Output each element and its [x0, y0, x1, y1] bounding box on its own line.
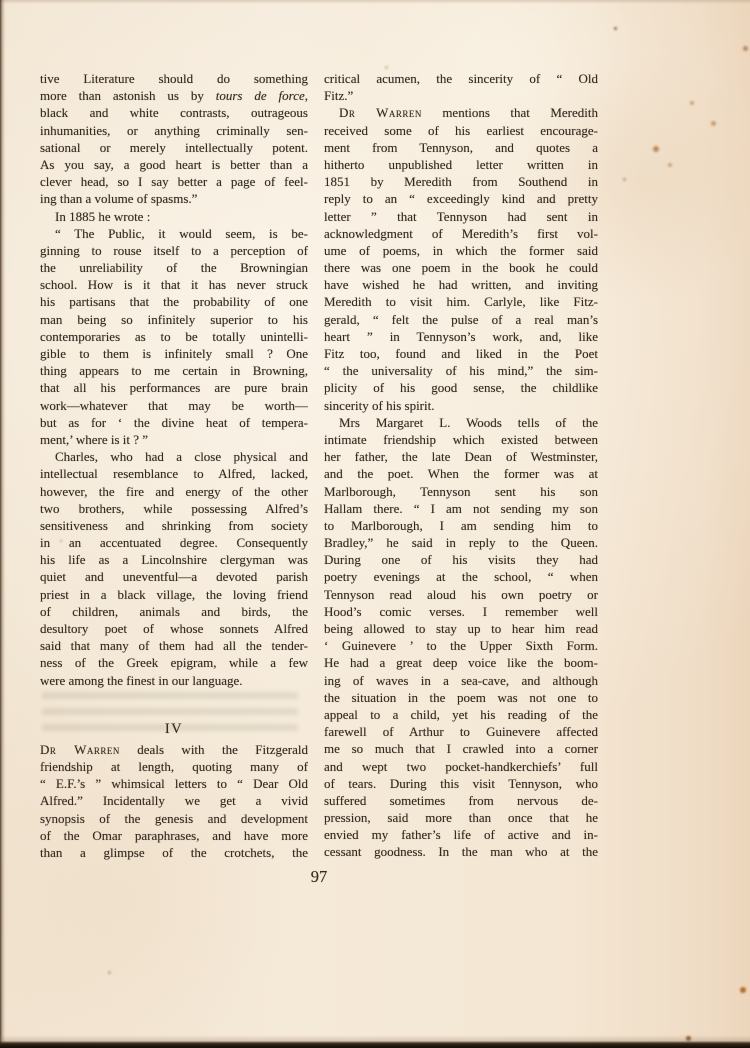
text-line: envied my father’s life of active and in…: [324, 826, 598, 843]
paragraph: Dr Warren mentions that Meredithreceived…: [324, 104, 598, 413]
text-line: thing appears to me certain in Browning,: [40, 362, 308, 379]
text-line: “ The Public, it would seem, is be-: [40, 225, 308, 242]
text-line: ume of poems, in which the former said: [324, 242, 598, 259]
text-segment: that all his performances are pure brain: [40, 380, 308, 395]
text-line: his partisans that the probability of on…: [40, 293, 308, 310]
text-line: of the Omar paraphrases, and have more: [40, 827, 308, 844]
text-segment: Alfred.” Incidentally we get a vivid: [40, 793, 308, 808]
text-line: pression, said more than once that he: [324, 809, 598, 826]
text-line: Hood’s comic verses. I remember well: [324, 603, 598, 620]
text-segment: reply to an “ exceedingly kind and prett…: [324, 191, 598, 206]
text-line: the situation in the poem was not one to: [324, 689, 598, 706]
text-segment: Mrs Margaret L. Woods tells of the: [339, 415, 598, 430]
text-segment: In 1885 he wrote :: [55, 209, 150, 224]
text-column-right: critical acumen, the sincerity of “ OldF…: [324, 70, 598, 861]
text-segment: Dr Warren: [40, 742, 120, 757]
text-segment: and wept two pocket-handkerchiefs’ full: [324, 759, 598, 774]
text-segment: Meredith to visit him. Carlyle, like Fit…: [324, 294, 598, 309]
text-line: ing than a volume of spasms.”: [40, 190, 308, 207]
foxing-spot: [711, 121, 716, 126]
text-line: acknowledgment of Meredith’s first vol-: [324, 225, 598, 242]
text-line: ‘ Guinevere ’ to the Upper Sixth Form.: [324, 637, 598, 654]
text-segment: Tennyson read aloud his own poetry or: [324, 587, 598, 602]
text-segment: plicity of his good sense, the childlike: [324, 380, 598, 395]
text-segment: deals with the Fitzgerald: [120, 742, 308, 757]
text-segment: 1851 by Meredith from Southend in: [324, 174, 598, 189]
foxing-spot: [743, 46, 748, 51]
text-segment: were among the finest in our language.: [40, 673, 243, 688]
text-segment: During one of his visits they had: [324, 552, 598, 567]
text-segment: contemporaries as to be totally unintell…: [40, 329, 308, 344]
text-line: He had a great deep voice like the boom-: [324, 654, 598, 671]
text-line: “ the universality of his mind,” the sim…: [324, 362, 598, 379]
text-line: priest in a black village, the loving fr…: [40, 586, 308, 603]
text-segment: sensitiveness and shrinking from society: [40, 518, 308, 533]
text-segment: “ The Public, it would seem, is be-: [55, 226, 308, 241]
page-bottom-edge: [0, 1041, 750, 1048]
text-line: that all his performances are pure brain: [40, 379, 308, 396]
text-line: friendship at length, quoting many of: [40, 758, 308, 775]
text-line: Mrs Margaret L. Woods tells of the: [324, 414, 598, 431]
text-segment: ,: [305, 88, 308, 103]
text-segment: Hood’s comic verses. I remember well: [324, 604, 598, 619]
text-line: As you say, a good heart is better than …: [40, 156, 308, 173]
text-line: During one of his visits they had: [324, 551, 598, 568]
text-line: Bradley,” he said in reply to the Queen.: [324, 534, 598, 551]
text-line: sincerity of his spirit.: [324, 397, 598, 414]
text-segment: letter ” that Tennyson had sent in: [324, 209, 598, 224]
foxing-spot: [690, 101, 694, 105]
text-segment: synopsis of the genesis and development: [40, 811, 308, 826]
text-line: “ E.F.’s ” whimsical letters to “ Dear O…: [40, 775, 308, 792]
text-line: Hallam there. “ I am not sending my son: [324, 500, 598, 517]
text-segment: “ E.F.’s ” whimsical letters to “ Dear O…: [40, 776, 308, 791]
text-segment: quiet and uneventful—a devoted parish: [40, 569, 308, 584]
text-line: desultory poet of whose sonnets Alfred: [40, 620, 308, 637]
text-line: Alfred.” Incidentally we get a vivid: [40, 792, 308, 809]
text-segment: more than astonish us by: [40, 88, 216, 103]
paragraph: In 1885 he wrote :: [40, 208, 308, 225]
text-segment: intimate friendship which existed betwee…: [324, 432, 598, 447]
text-line: suffered sometimes from nervous de-: [324, 792, 598, 809]
text-segment: of tears. During this visit Tennyson, wh…: [324, 776, 598, 791]
text-segment: of the Omar paraphrases, and have more: [40, 828, 308, 843]
text-line: his life as a Lincolnshire clergyman was: [40, 551, 308, 568]
text-segment: however, the fire and energy of the othe…: [40, 484, 308, 499]
text-segment: suffered sometimes from nervous de-: [324, 793, 598, 808]
text-segment: Fitz.”: [324, 88, 353, 103]
book-gutter-edge: [0, 0, 6, 1048]
text-line: sational or merely intellectually potent…: [40, 139, 308, 156]
paragraph: Mrs Margaret L. Woods tells of theintima…: [324, 414, 598, 861]
text-segment: poetry evenings at the school, “ when: [324, 569, 598, 584]
text-line: man being so infinitely superior to his: [40, 311, 308, 328]
text-segment: ume of poems, in which the former said: [324, 243, 598, 258]
text-segment: black and white contrasts, outrageous: [40, 105, 308, 120]
text-segment: there was one poem in the book he could: [324, 260, 598, 275]
text-segment: received some of his earliest encourage-: [324, 123, 598, 138]
text-line: gerald, “ felt the pulse of a real man’s: [324, 311, 598, 328]
text-segment: inhumanities, or anything criminally sen…: [40, 123, 308, 138]
text-segment: Fitz too, found and liked in the Poet: [324, 346, 598, 361]
text-segment: ment from Tennyson, and quotes a: [324, 140, 598, 155]
text-line: ment from Tennyson, and quotes a: [324, 139, 598, 156]
text-line: clever head, so I say better a page of f…: [40, 173, 308, 190]
text-line: being allowed to stay up to hear him rea…: [324, 620, 598, 637]
text-segment: ness of the Greek epigram, while a few: [40, 655, 308, 670]
text-segment: said that many of them had all the tende…: [40, 638, 308, 653]
foxing-spot: [614, 27, 617, 30]
text-segment: He had a great deep voice like the boom-: [324, 655, 598, 670]
paragraph: tive Literature should do somethingmore …: [40, 70, 308, 208]
text-line: said that many of them had all the tende…: [40, 637, 308, 654]
text-line: in an accentuated degree. Consequently: [40, 534, 308, 551]
paragraph: Dr Warren deals with the Fitzgeraldfrien…: [40, 741, 308, 861]
text-line: of children, animals and birds, the: [40, 603, 308, 620]
text-line: Marlborough, Tennyson sent his son: [324, 483, 598, 500]
text-line: tive Literature should do something: [40, 70, 308, 87]
text-segment: hitherto unpublished letter written in: [324, 157, 598, 172]
text-segment: appeal to a child, yet his reading of th…: [324, 707, 598, 722]
text-line: work—whatever that may be worth—: [40, 397, 308, 414]
paragraph: Charles, who had a close physical andint…: [40, 448, 308, 689]
text-column-left: tive Literature should do somethingmore …: [40, 70, 308, 861]
text-segment: priest in a black village, the loving fr…: [40, 587, 308, 602]
text-line: Tennyson read aloud his own poetry or: [324, 586, 598, 603]
paragraph: “ The Public, it would seem, is be-ginni…: [40, 225, 308, 448]
text-segment: her father, the late Dean of Westminster…: [324, 449, 598, 464]
text-segment: Hallam there. “ I am not sending my son: [324, 501, 598, 516]
text-line: have wished he had written, and inviting: [324, 276, 598, 293]
page-number: 97: [40, 867, 598, 887]
text-line: however, the fire and energy of the othe…: [40, 483, 308, 500]
text-line: intellectual resemblance to Alfred, lack…: [40, 465, 308, 482]
text-line: In 1885 he wrote :: [40, 208, 308, 225]
text-segment: “ the universality of his mind,” the sim…: [324, 363, 598, 378]
text-line: Fitz.”: [324, 87, 598, 104]
paragraph: critical acumen, the sincerity of “ OldF…: [324, 70, 598, 104]
text-line: me so much that I crawled into a corner: [324, 740, 598, 757]
text-line: heart ” in Tennyson’s work, and, like: [324, 328, 598, 345]
text-line: black and white contrasts, outrageous: [40, 104, 308, 121]
text-segment: critical acumen, the sincerity of “ Old: [324, 71, 598, 86]
text-line: contemporaries as to be totally unintell…: [40, 328, 308, 345]
text-line: Dr Warren mentions that Meredith: [324, 104, 598, 121]
text-line: hitherto unpublished letter written in: [324, 156, 598, 173]
text-line: appeal to a child, yet his reading of th…: [324, 706, 598, 723]
text-line: cessant goodness. In the man who at the: [324, 843, 598, 860]
foxing-spot: [740, 987, 746, 993]
text-segment: envied my father’s life of active and in…: [324, 827, 598, 842]
book-page: tive Literature should do somethingmore …: [0, 0, 750, 1048]
text-segment: desultory poet of whose sonnets Alfred: [40, 621, 308, 636]
text-segment: As you say, a good heart is better than …: [40, 157, 308, 172]
text-line: Charles, who had a close physical and: [40, 448, 308, 465]
foxing-spot: [60, 540, 62, 542]
text-segment: me so much that I crawled into a corner: [324, 741, 598, 756]
text-segment: the unreliability of the Browningian: [40, 260, 308, 275]
text-segment: man being so infinitely superior to his: [40, 312, 308, 327]
text-segment: gerald, “ felt the pulse of a real man’s: [324, 312, 598, 327]
text-segment: Charles, who had a close physical and: [55, 449, 308, 464]
text-segment: work—whatever that may be worth—: [40, 398, 308, 413]
text-segment: ‘ Guinevere ’ to the Upper Sixth Form.: [324, 638, 598, 653]
text-segment: sational or merely intellectually potent…: [40, 140, 308, 155]
text-segment: but as for ‘ the divine heat of tempera-: [40, 415, 308, 430]
text-segment: heart ” in Tennyson’s work, and, like: [324, 329, 598, 344]
text-segment: being allowed to stay up to hear him rea…: [324, 621, 598, 636]
text-line: letter ” that Tennyson had sent in: [324, 208, 598, 225]
text-segment: tours de force: [216, 88, 305, 103]
text-segment: intellectual resemblance to Alfred, lack…: [40, 466, 308, 481]
page-top-edge-shadow: [0, 0, 750, 4]
text-line: ing of waves in a sea-cave, and although: [324, 672, 598, 689]
text-line: quiet and uneventful—a devoted parish: [40, 568, 308, 585]
text-line: Meredith to visit him. Carlyle, like Fit…: [324, 293, 598, 310]
text-line: received some of his earliest encourage-: [324, 122, 598, 139]
text-line: critical acumen, the sincerity of “ Old: [324, 70, 598, 87]
text-segment: ment,’ where is it ? ”: [40, 432, 148, 447]
text-line: Dr Warren deals with the Fitzgerald: [40, 741, 308, 758]
foxing-spot: [385, 66, 388, 69]
text-segment: two brothers, while possessing Alfred’s: [40, 501, 308, 516]
text-segment: acknowledgment of Meredith’s first vol-: [324, 226, 598, 241]
text-line: ginning to rouse itself to a perception …: [40, 242, 308, 259]
text-segment: in an accentuated degree. Consequently: [40, 535, 308, 550]
text-line: 1851 by Meredith from Southend in: [324, 173, 598, 190]
text-segment: his life as a Lincolnshire clergyman was: [40, 552, 308, 567]
text-line: farewell of Arthur to Guinevere affected: [324, 723, 598, 740]
text-line: of tears. During this visit Tennyson, wh…: [324, 775, 598, 792]
text-segment: clever head, so I say better a page of f…: [40, 174, 308, 189]
text-segment: of children, animals and birds, the: [40, 604, 308, 619]
text-segment: mentions that Meredith: [422, 105, 598, 120]
text-segment: his partisans that the probability of on…: [40, 294, 308, 309]
text-segment: cessant goodness. In the man who at the: [324, 844, 598, 859]
text-segment: Marlborough, Tennyson sent his son: [324, 484, 598, 499]
text-line: inhumanities, or anything criminally sen…: [40, 122, 308, 139]
foxing-spot: [653, 146, 659, 152]
text-line: two brothers, while possessing Alfred’s: [40, 500, 308, 517]
text-line: reply to an “ exceedingly kind and prett…: [324, 190, 598, 207]
text-line: more than astonish us by tours de force,: [40, 87, 308, 104]
section-heading: IV: [40, 717, 308, 741]
text-segment: friendship at length, quoting many of: [40, 759, 308, 774]
text-line: ness of the Greek epigram, while a few: [40, 654, 308, 671]
text-line: there was one poem in the book he could: [324, 259, 598, 276]
text-segment: ing of waves in a sea-cave, and although: [324, 673, 598, 688]
text-segment: thing appears to me certain in Browning,: [40, 363, 308, 378]
text-line: intimate friendship which existed betwee…: [324, 431, 598, 448]
text-segment: pression, said more than once that he: [324, 810, 598, 825]
text-segment: Bradley,” he said in reply to the Queen.: [324, 535, 598, 550]
text-line: the unreliability of the Browningian: [40, 259, 308, 276]
text-line: to Marlborough, I am sending him to: [324, 517, 598, 534]
text-segment: farewell of Arthur to Guinevere affected: [324, 724, 598, 739]
foxing-spot: [108, 971, 111, 974]
text-segment: the situation in the poem was not one to: [324, 690, 598, 705]
text-segment: to Marlborough, I am sending him to: [324, 518, 598, 533]
text-line: poetry evenings at the school, “ when: [324, 568, 598, 585]
text-line: her father, the late Dean of Westminster…: [324, 448, 598, 465]
text-segment: and the poet. When the former was at: [324, 466, 598, 481]
text-line: synopsis of the genesis and development: [40, 810, 308, 827]
text-segment: tive Literature should do something: [40, 71, 308, 86]
text-line: than a glimpse of the crotchets, the: [40, 844, 308, 861]
text-line: and wept two pocket-handkerchiefs’ full: [324, 758, 598, 775]
text-segment: ing than a volume of spasms.”: [40, 191, 197, 206]
text-line: were among the finest in our language.: [40, 672, 308, 689]
text-line: and the poet. When the former was at: [324, 465, 598, 482]
text-segment: have wished he had written, and inviting: [324, 277, 598, 292]
text-line: sensitiveness and shrinking from society: [40, 517, 308, 534]
text-segment: Dr Warren: [339, 105, 422, 120]
text-line: ment,’ where is it ? ”: [40, 431, 308, 448]
text-segment: ginning to rouse itself to a perception …: [40, 243, 308, 258]
text-line: but as for ‘ the divine heat of tempera-: [40, 414, 308, 431]
text-segment: than a glimpse of the crotchets, the: [40, 845, 308, 860]
text-line: gible to them is infinitely small ? One: [40, 345, 308, 362]
text-segment: sincerity of his spirit.: [324, 398, 435, 413]
text-segment: gible to them is infinitely small ? One: [40, 346, 308, 361]
text-segment: school. How is it that it has never stru…: [40, 277, 308, 292]
text-line: school. How is it that it has never stru…: [40, 276, 308, 293]
foxing-spot: [623, 178, 626, 181]
text-line: plicity of his good sense, the childlike: [324, 379, 598, 396]
text-line: Fitz too, found and liked in the Poet: [324, 345, 598, 362]
foxing-spot: [668, 163, 672, 167]
